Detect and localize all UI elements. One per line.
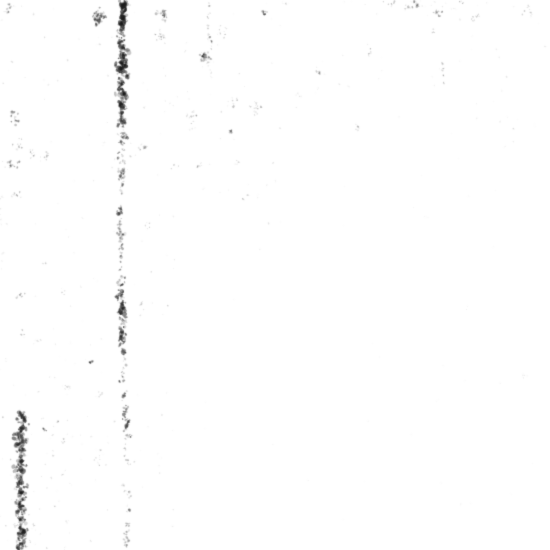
scanned-blank-page — [0, 0, 550, 550]
page-noise-texture — [0, 0, 550, 550]
